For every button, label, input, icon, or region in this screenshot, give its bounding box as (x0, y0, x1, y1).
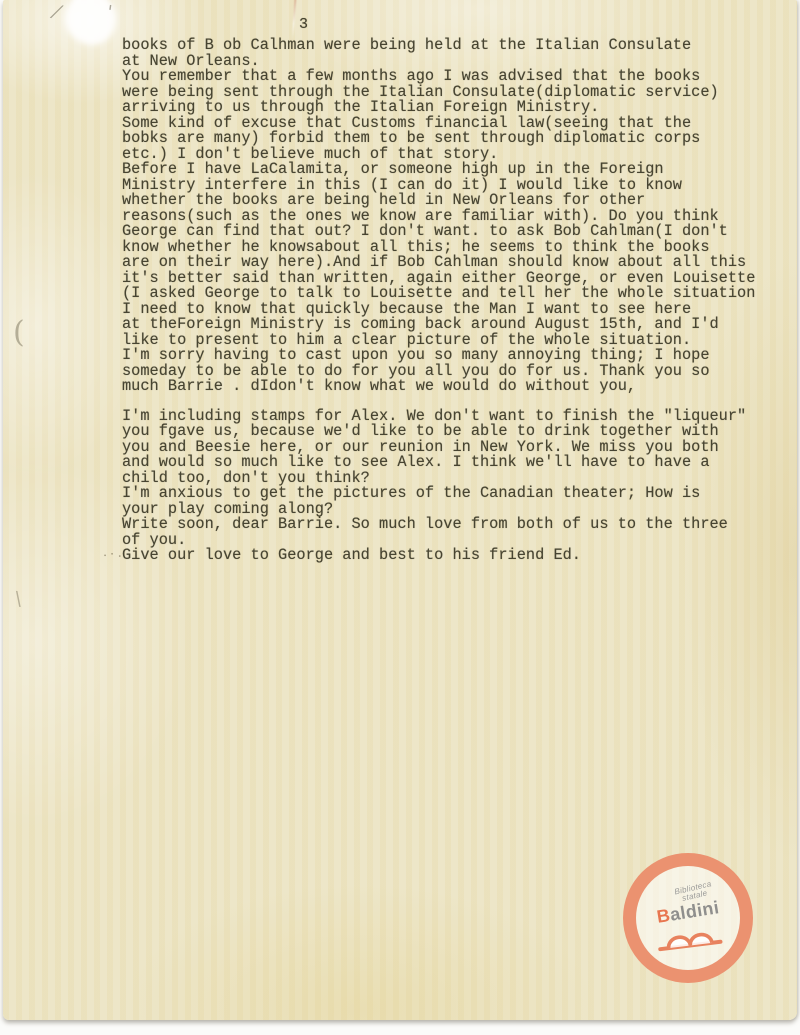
scanned-letter-page: ⁄ ' ( ··. \ 3 books of B ob Calhman were… (3, 0, 797, 1020)
pencil-mark-paren: ( (13, 318, 25, 348)
letter-line: Give our love to George and best to his … (122, 548, 782, 564)
stamp-inner-disc: Biblioteca statale Baldini (632, 862, 743, 973)
paper-crease (292, 0, 297, 40)
paper-tear (56, 0, 126, 53)
paragraph-2: I'm including stamps for Alex. We don't … (122, 409, 782, 564)
letter-line: Write soon, dear Barrie. So much love fr… (122, 517, 782, 533)
page-number: 3 (299, 16, 308, 33)
letter-body: books of B ob Calhman were being held at… (122, 38, 782, 564)
library-stamp: Biblioteca statale Baldini (623, 853, 753, 983)
pencil-mark-backslash: \ (14, 590, 22, 610)
letter-line: much Barrie . dIdon't know what we would… (122, 379, 782, 395)
pencil-mark-slash: ⁄ (53, 2, 61, 22)
paragraph-1: books of B ob Calhman were being held at… (122, 38, 782, 395)
